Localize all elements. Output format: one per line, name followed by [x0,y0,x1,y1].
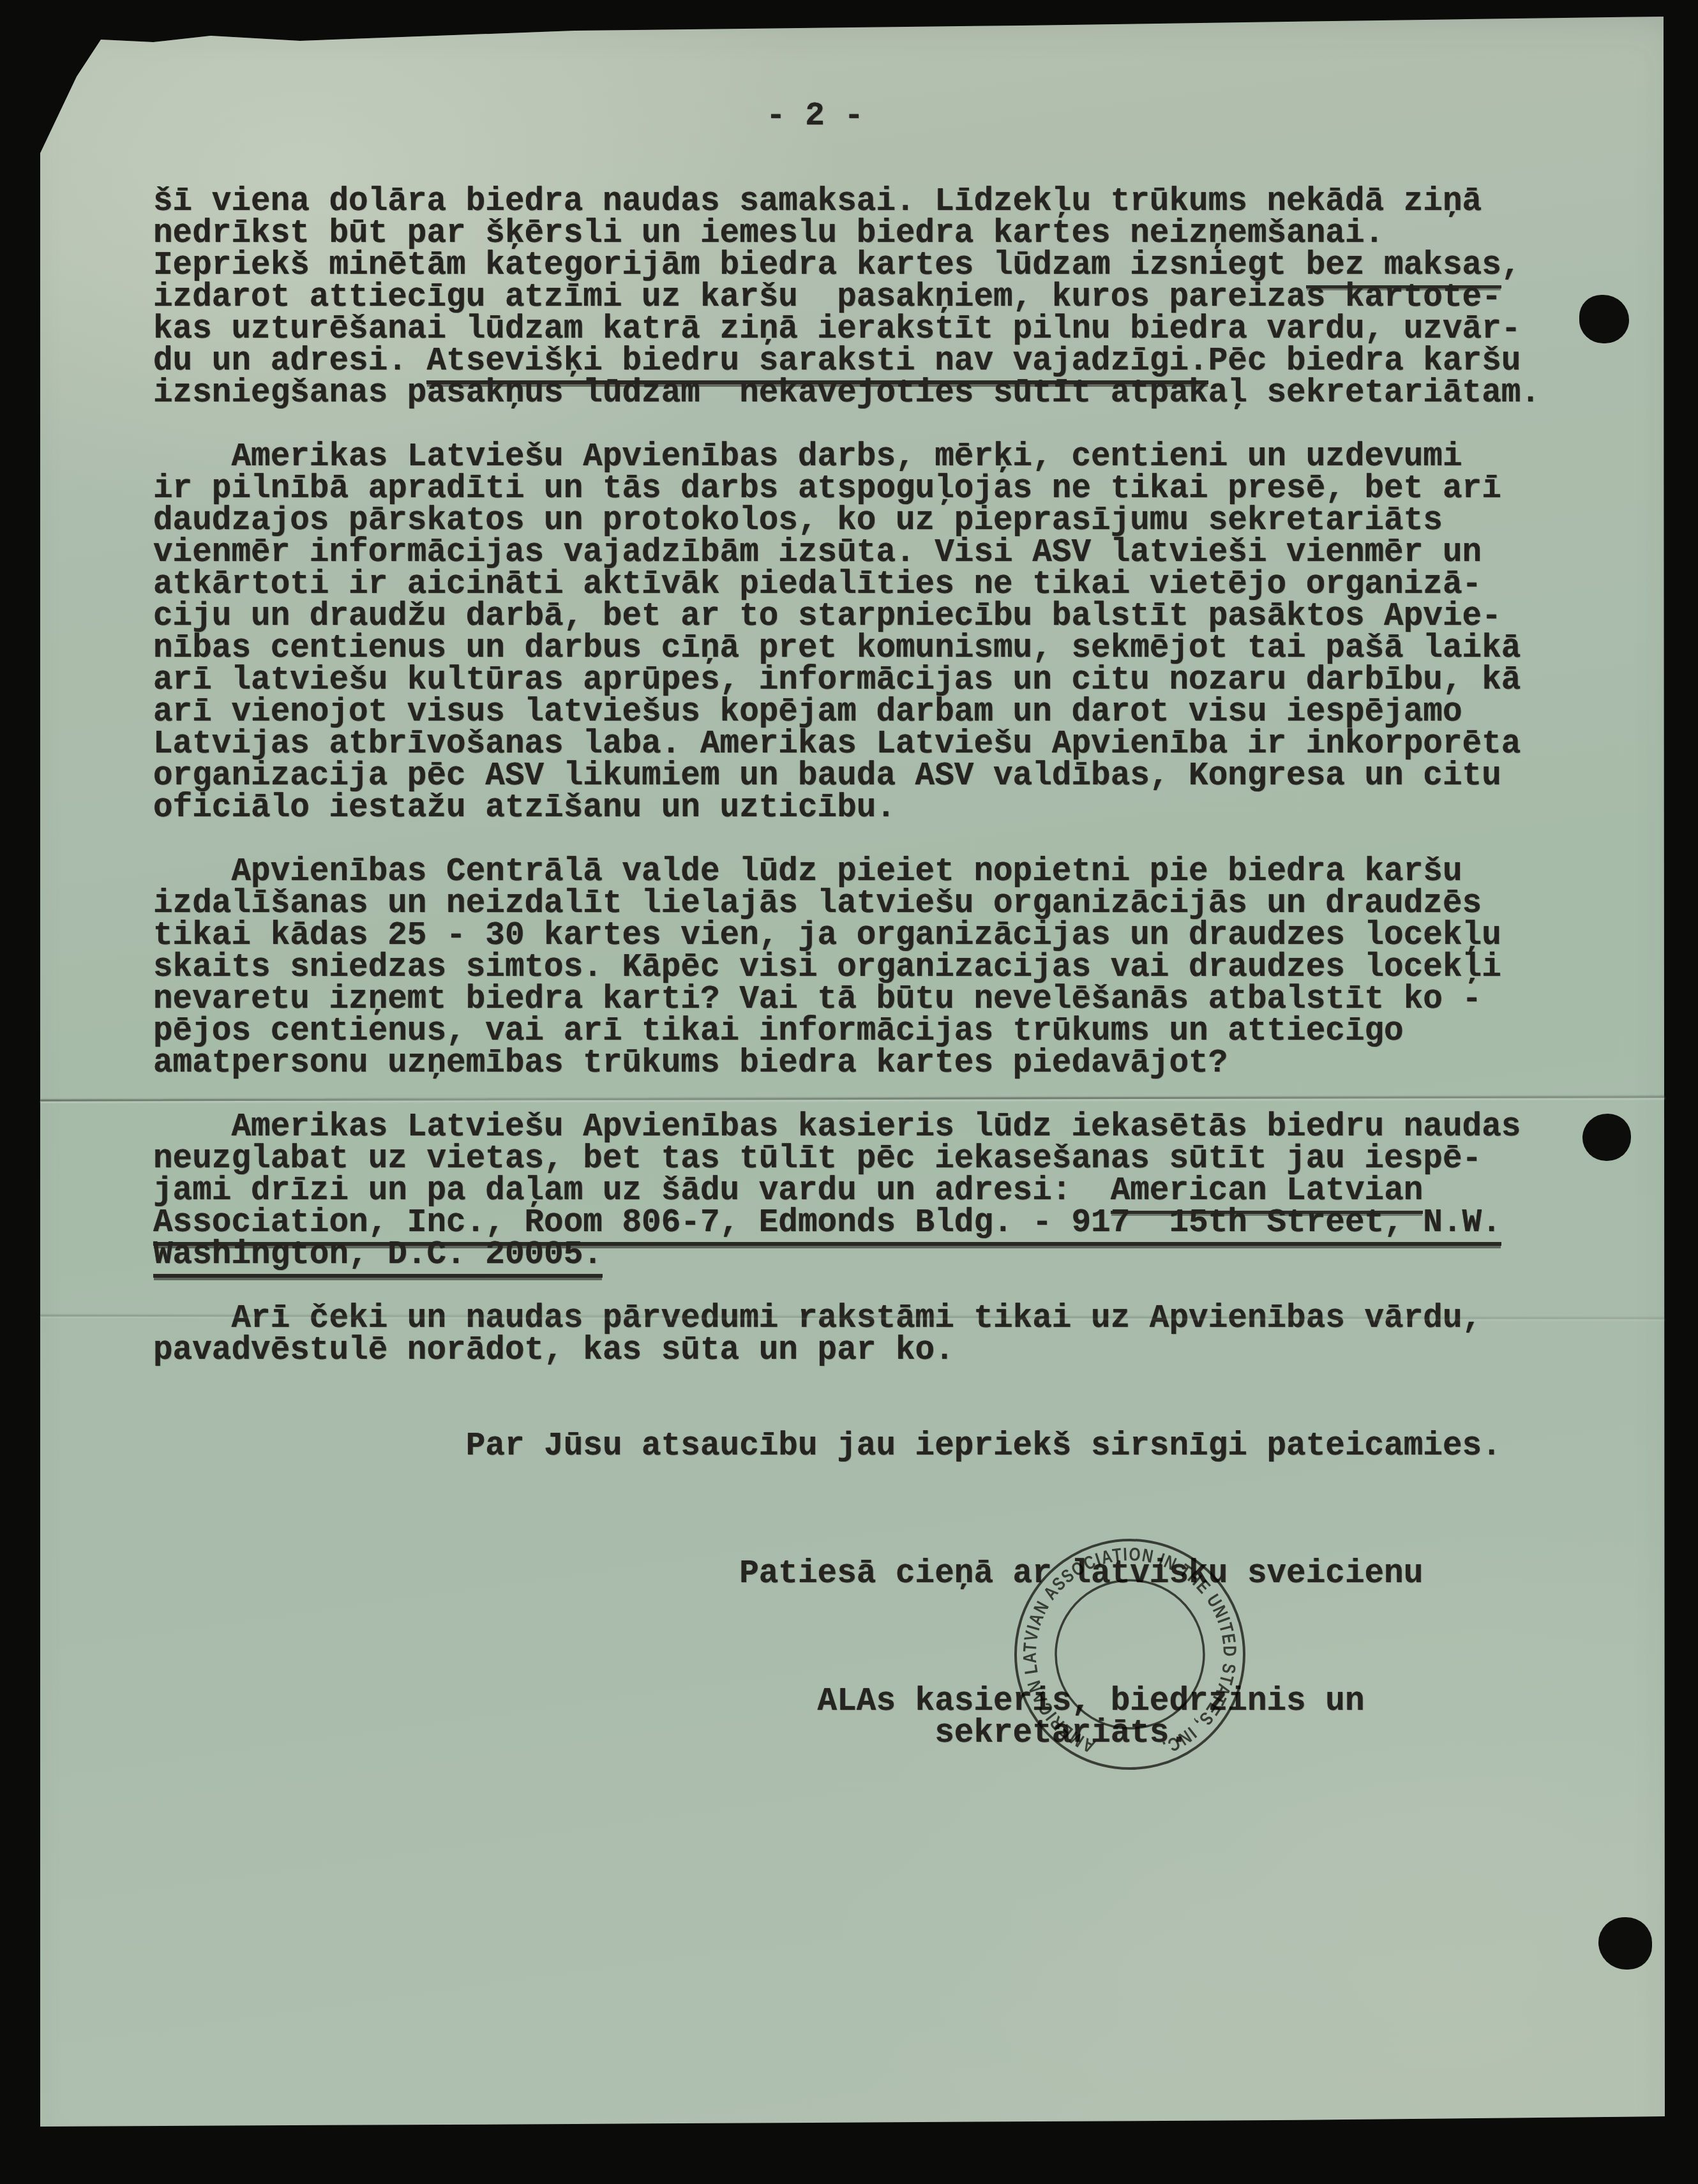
typed-line: pējos centienus, vai arī tikai informāci… [153,1016,1540,1048]
typed-text: arī latviešu kultūras aprūpes, informāci… [153,662,1521,699]
typed-line: izdarot attiecīgu atzīmi uz karšu pasakņ… [153,282,1540,314]
typed-text: vienmēr informācijas vajadzībām izsūta. … [153,535,1482,571]
typed-text: Arī čeki un naudas pārvedumi rakstāmi ti… [153,1301,1482,1337]
typed-line: Patiesā cieņā ar latvisku sveicienu [153,1559,1540,1590]
typed-line: ciju un draudžu darbā, bet ar to starpni… [153,601,1540,633]
typed-line: atkārtoti ir aicināti aktīvāk piedalītie… [153,569,1540,601]
typed-line: ALAs kasieris, biedrzinis un [153,1686,1540,1718]
punch-hole [1582,1114,1631,1161]
typed-line: Par Jūsu atsaucību jau iepriekš sirsnīgi… [153,1431,1540,1463]
typed-text: neuzglabat uz vietas, bet tas tūlīt pēc … [153,1141,1482,1178]
typed-line: Latvijas atbrīvošanas laba. Amerikas Lat… [153,729,1540,761]
typed-text: nības centienus un darbus cīņā pret komu… [153,631,1521,667]
typed-text: Iepriekš minētām kategorijām biedra kart… [153,248,1306,284]
typed-line: pavadvēstulē norādot, kas sūta un par ko… [153,1335,1540,1367]
typed-text: Apvienības Centrālā valde lūdz pieiet no… [153,854,1462,890]
typed-line: Apvienības Centrālā valde lūdz pieiet no… [153,856,1540,888]
scanned-letter-page: - 2 - šī viena dolāra biedra naudas sama… [0,0,1698,2184]
punch-hole [1579,295,1629,343]
underlined-text: Washington, D.C. 20005. [153,1237,603,1278]
typed-line: jami drīzi un pa daļam uz šādu vardu un … [153,1176,1540,1208]
typed-line: arī latviešu kultūras aprūpes, informāci… [153,665,1540,697]
typed-line [153,410,1540,442]
typed-line: tikai kādas 25 - 30 kartes vien, ja orga… [153,920,1540,952]
typed-text: Amerikas Latviešu Apvienības kasieris lū… [153,1109,1521,1146]
svg-text:AMERICAN LATVIAN ASSOCIATION I: AMERICAN LATVIAN ASSOCIATION IN THE UNIT… [1002,1527,1258,1782]
typed-line: nedrīkst būt par šķērsli un iemeslu bied… [153,218,1540,250]
typed-text: ir pilnībā apradīti un tās darbs atspogu… [153,471,1501,507]
association-round-stamp-icon: AMERICAN LATVIAN ASSOCIATION IN THE UNIT… [1002,1527,1258,1782]
typed-line: izdalīšanas un neizdalīt lielajās latvie… [153,888,1540,920]
typed-line: Amerikas Latviešu Apvienības darbs, mērķ… [153,442,1540,474]
typed-line: nevaretu izņemt biedra karti? Vai tā būt… [153,984,1540,1016]
typed-text: oficiālo iestažu atzīšanu un uzticību. [153,790,896,826]
typed-line: daudzajos pārskatos un protokolos, ko uz… [153,505,1540,537]
typed-line [153,1495,1540,1527]
typed-line [153,1654,1540,1686]
typed-text: organizacija pēc ASV likumiem un bauda A… [153,758,1501,795]
typed-line [153,1463,1540,1495]
typed-text: , [1501,248,1521,284]
typed-line: kas uzturēšanai lūdzam katrā ziņā ieraks… [153,314,1540,346]
typed-text: atkārtoti ir aicināti aktīvāk piedalītie… [153,567,1482,603]
typed-line: izsniegšanas pasakņus lūdzam nekavejotie… [153,378,1540,410]
typed-text: pējos centienus, vai arī tikai informāci… [153,1013,1404,1050]
typed-line: vienmēr informācijas vajadzībām izsūta. … [153,537,1540,569]
typed-line [153,825,1540,856]
typed-text: jami drīzi un pa daļam uz šādu vardu un … [153,1173,1111,1209]
typed-line: Iepriekš minētām kategorijām biedra kart… [153,250,1540,282]
typed-line: sekretariāts. [153,1718,1540,1750]
typed-text: Amerikas Latviešu Apvienības darbs, mērķ… [153,439,1462,475]
typed-line: skaits sniedzas simtos. Kāpēc visi organ… [153,952,1540,984]
typed-line: ir pilnībā apradīti un tās darbs atspogu… [153,474,1540,505]
typed-text: arī vienojot visus latviešus kopējam dar… [153,694,1462,731]
typed-line [153,1080,1540,1112]
typed-text: Pēc biedra karšu [1208,343,1521,380]
typed-line [153,1622,1540,1654]
typed-text: ciju un draudžu darbā, bet ar to starpni… [153,599,1501,635]
page-number: - 2 - [766,101,864,133]
typed-line: amatpersonu uzņemības trūkums biedra kar… [153,1048,1540,1080]
punch-hole [1598,1917,1652,1970]
typed-text: du un adresi. [153,343,426,380]
typed-line: nības centienus un darbus cīņā pret komu… [153,633,1540,665]
typed-line: Association, Inc., Room 806-7, Edmonds B… [153,1208,1540,1239]
typed-line: du un adresi. Atsevišķi biedru saraksti … [153,346,1540,378]
typed-line: šī viena dolāra biedra naudas samaksai. … [153,186,1540,218]
typed-text: nedrīkst būt par šķērsli un iemeslu bied… [153,216,1384,252]
typed-line: organizacija pēc ASV likumiem un bauda A… [153,761,1540,793]
typed-line: Amerikas Latviešu Apvienības kasieris lū… [153,1112,1540,1144]
typed-text: skaits sniedzas simtos. Kāpēc visi organ… [153,950,1501,986]
stamp-ring-text: AMERICAN LATVIAN ASSOCIATION IN THE UNIT… [1002,1527,1258,1782]
typed-line: oficiālo iestažu atzīšanu un uzticību. [153,793,1540,825]
typed-text: kas uzturēšanai lūdzam katrā ziņā ieraks… [153,311,1521,348]
typed-line: Arī čeki un naudas pārvedumi rakstāmi ti… [153,1303,1540,1335]
typed-text: tikai kādas 25 - 30 kartes vien, ja orga… [153,918,1501,954]
typed-text: izsniegšanas pasakņus lūdzam nekavejotie… [153,375,1540,412]
typed-text: šī viena dolāra biedra naudas samaksai. … [153,184,1482,220]
typed-letter-body: šī viena dolāra biedra naudas samaksai. … [153,186,1540,1750]
typed-line [153,1367,1540,1399]
typed-text: amatpersonu uzņemības trūkums biedra kar… [153,1045,1228,1082]
typed-text: pavadvēstulē norādot, kas sūta un par ko… [153,1333,954,1369]
typed-text: nevaretu izņemt biedra karti? Vai tā būt… [153,982,1482,1018]
typed-line [153,1527,1540,1559]
typed-line [153,1399,1540,1431]
typed-text: daudzajos pārskatos un protokolos, ko uz… [153,503,1443,539]
typed-text: izdalīšanas un neizdalīt lielajās latvie… [153,886,1482,922]
typed-text: Latvijas atbrīvošanas laba. Amerikas Lat… [153,726,1521,763]
typed-text: Par Jūsu atsaucību jau iepriekš sirsnīgi… [153,1428,1501,1465]
typed-text: izdarot attiecīgu atzīmi uz karšu pasakņ… [153,280,1501,316]
typed-line: neuzglabat uz vietas, bet tas tūlīt pēc … [153,1144,1540,1176]
typed-line [153,1590,1540,1622]
typed-line: arī vienojot visus latviešus kopējam dar… [153,697,1540,729]
